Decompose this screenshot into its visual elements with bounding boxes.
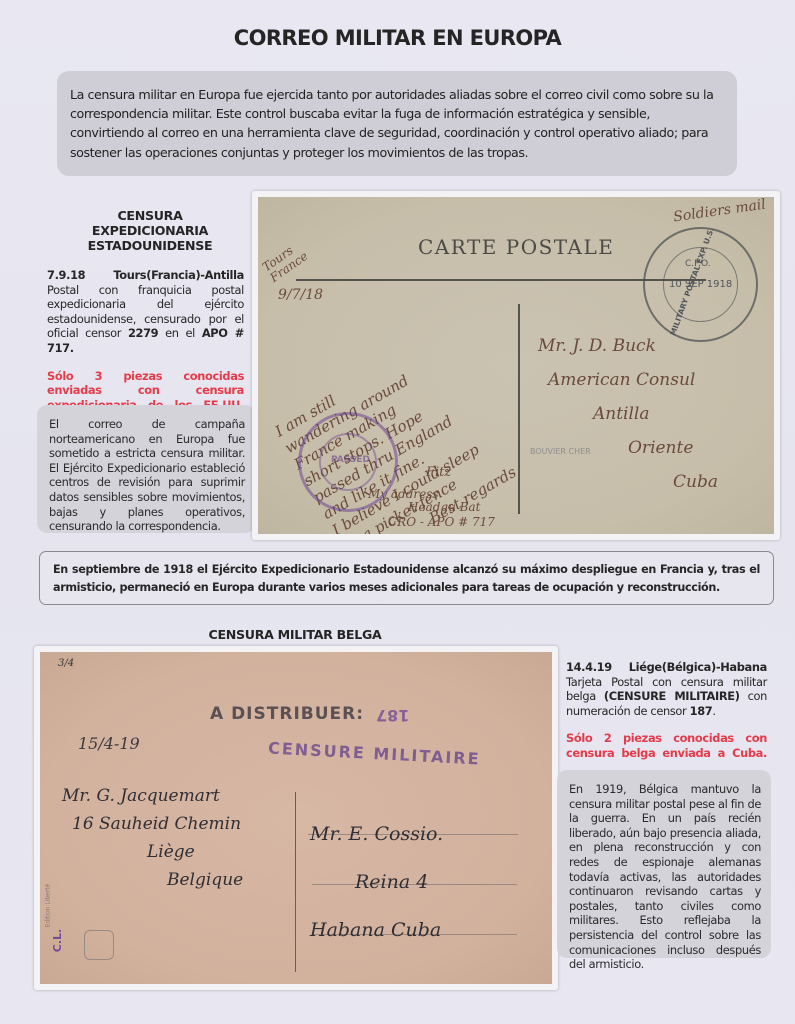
censor-number-stamp: 187 <box>376 706 409 725</box>
recipient-line: Oriente <box>628 431 774 465</box>
be-route: Liége(Bélgica)-Habana <box>629 660 767 675</box>
written-date: 9/7/18 <box>278 287 323 303</box>
be-description-end: . <box>712 704 715 718</box>
censor-handstamp-text: PASSED <box>331 455 370 465</box>
sender-line: 16 Sauheid Chemin <box>72 810 241 838</box>
be-date: 14.4.19 <box>566 660 612 675</box>
us-section-heading: CENSURA EXPEDICIONARIA ESTADOUNIDENSE <box>40 208 260 253</box>
us-censor-number: 2279 <box>128 326 158 340</box>
intro-text: La censura militar en Europa fue ejercid… <box>70 85 724 162</box>
pencil-note: BOUVIER CHER <box>530 447 591 456</box>
us-route: Tours(Francia)-Antilla <box>113 268 244 283</box>
recipient-line: Antilla <box>593 397 740 431</box>
corner-note: Soldiers mail <box>672 197 766 225</box>
us-heading-line: ESTADOUNIDENSE <box>40 238 260 253</box>
military-postmark: C.P.O. 10 SEP 1918 MILITARY POSTAL EXP. … <box>643 227 758 342</box>
recipient-line: Habana Cuba <box>310 906 443 954</box>
initials-mark: C.L. <box>51 929 64 952</box>
censure-militaire-stamp: CENSURE MILITAIRE <box>268 738 481 768</box>
us-date: 7.9.18 <box>47 268 85 283</box>
be-postcard-image: 3/4 A DISTRIBUER: 187 CENSURE MILITAIRE … <box>40 652 552 984</box>
recipient-address: Mr. J. D. Buck American Consul Antilla O… <box>538 329 685 499</box>
be-censor-number: 187 <box>690 704 713 718</box>
postmark-date: 10 SEP 1918 <box>669 279 732 290</box>
separator-text-box: En septiembre de 1918 el Ejército Expedi… <box>39 551 774 605</box>
publisher-side-text: Edition Liberté <box>44 884 51 928</box>
sender-line: Liège <box>147 838 316 866</box>
recipient-line: Mr. E. Cossio. <box>310 810 443 858</box>
recipient-line: American Consul <box>548 363 695 397</box>
recipient-line: Mr. J. D. Buck <box>538 329 685 363</box>
intro-text-box: La censura militar en Europa fue ejercid… <box>57 71 737 176</box>
us-postcard-image: CARTE POSTALE Tours France 9/7/18 I am s… <box>258 197 774 534</box>
us-description-text: en el <box>158 326 202 340</box>
us-context-box: El correo de campaña norteamericano en E… <box>37 405 255 533</box>
us-date-route: 7.9.18 Tours(Francia)-Antilla <box>47 268 244 283</box>
recipient-line: Reina 4 <box>355 858 488 906</box>
be-context-box: En 1919, Bélgica mantuvo la censura mili… <box>557 770 771 958</box>
be-section-heading: CENSURA MILITAR BELGA <box>170 627 420 642</box>
sender-address: Mr. G. Jacquemart 16 Sauheid Chemin Lièg… <box>62 782 231 894</box>
postcard-divider-vertical <box>518 304 520 514</box>
be-description: Tarjeta Postal con censura militar belga… <box>566 675 767 719</box>
us-description: Postal con franquicia postal expediciona… <box>47 283 244 356</box>
signature: Fitz <box>426 465 451 480</box>
be-rarity-note: Sólo 2 piezas conocidas con censura belg… <box>566 731 767 760</box>
be-context-text: En 1919, Bélgica mantuvo la censura mili… <box>569 782 761 972</box>
recipient-address: Mr. E. Cossio. Reina 4 Habana Cuba <box>310 810 443 954</box>
distribuer-stamp: A DISTRIBUER: <box>210 704 364 724</box>
us-heading-line: EXPEDICIONARIA <box>40 223 260 238</box>
censor-handstamp: PASSED <box>298 412 398 512</box>
be-item-description: 14.4.19 Liége(Bélgica)-Habana Tarjeta Po… <box>566 660 767 761</box>
be-date-route: 14.4.19 Liége(Bélgica)-Habana <box>566 660 767 675</box>
exhibit-page: CORREO MILITAR EN EUROPA La censura mili… <box>0 0 795 1024</box>
apo-line: CRO - APO # 717 <box>388 515 495 529</box>
sender-line: Mr. G. Jacquemart <box>62 782 231 810</box>
written-date: 15/4-19 <box>78 734 140 753</box>
page-title: CORREO MILITAR EN EUROPA <box>0 26 795 50</box>
postcard-header: CARTE POSTALE <box>418 235 614 259</box>
us-heading-line: CENSURA <box>40 208 260 223</box>
separator-text: En septiembre de 1918 el Ejército Expedi… <box>53 561 760 597</box>
be-censure-label: (CENSURE MILITAIRE) <box>604 689 740 703</box>
unit-line: Headqu Bat <box>408 500 480 514</box>
us-item-description: 7.9.18 Tours(Francia)-Antilla Postal con… <box>47 268 244 427</box>
recipient-line: Cuba <box>673 465 774 499</box>
us-context-text: El correo de campaña norteamericano en E… <box>49 417 245 534</box>
corner-mark: 3/4 <box>58 658 74 669</box>
publisher-logo-icon <box>84 930 114 960</box>
